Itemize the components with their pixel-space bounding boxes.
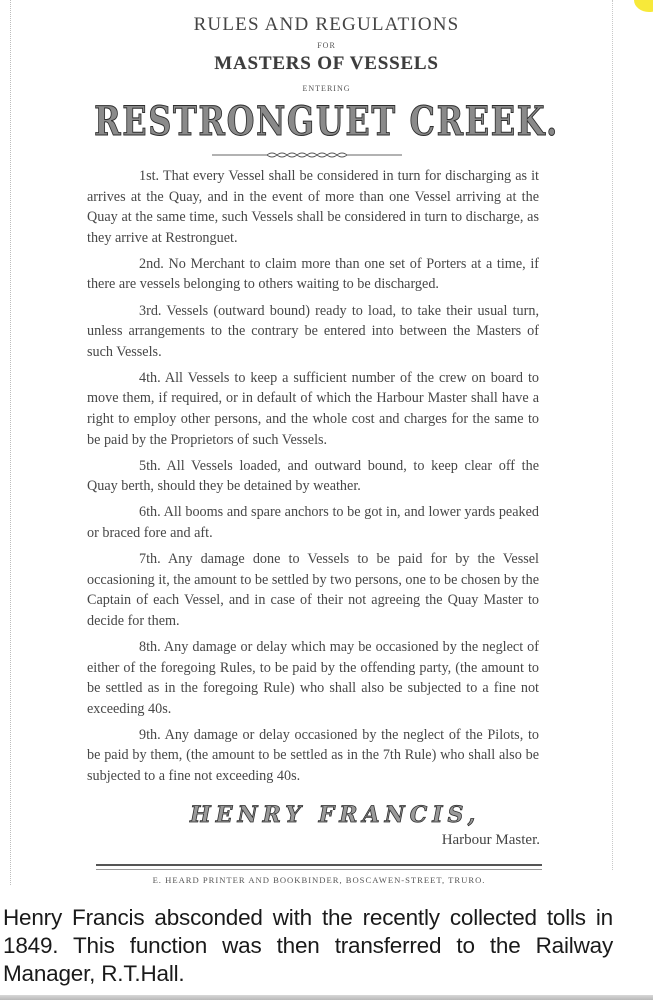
printer-divider xyxy=(96,864,542,870)
ornament-divider-icon xyxy=(212,150,402,160)
heading-restronguet-creek: RESTRONGUET CREEK. xyxy=(65,98,587,145)
page-right-edge xyxy=(612,0,614,870)
rule-5: 5th. All Vessels loaded, and outward bou… xyxy=(87,456,539,497)
rule-2: 2nd. No Merchant to claim more than one … xyxy=(87,254,539,295)
rule-8: 8th. Any damage or delay which may be oc… xyxy=(87,637,539,719)
rule-7: 7th. Any damage done to Vessels to be pa… xyxy=(87,549,539,631)
bottom-edge-shadow xyxy=(0,995,653,1000)
signature-title: Harbour Master. xyxy=(380,832,540,849)
rule-6: 6th. All booms and spare anchors to be g… xyxy=(87,502,539,543)
page-left-edge xyxy=(10,0,12,885)
rule-4: 4th. All Vessels to keep a sufficient nu… xyxy=(87,368,539,450)
heading-masters-of-vessels: MASTERS OF VESSELS xyxy=(0,53,653,75)
printer-imprint: E. HEARD PRINTER AND BOOKBINDER, BOSCAWE… xyxy=(96,875,542,885)
rule-9: 9th. Any damage or delay occasioned by t… xyxy=(87,725,539,787)
signature-name: HENRY FRANCIS, xyxy=(190,802,550,828)
yellow-sticker xyxy=(634,0,653,12)
caption-text: Henry Francis absconded with the recentl… xyxy=(3,904,613,988)
heading-rules-and-regulations: RULES AND REGULATIONS xyxy=(0,14,653,36)
rule-1: 1st. That every Vessel shall be consider… xyxy=(87,166,539,248)
rules-list: 1st. That every Vessel shall be consider… xyxy=(87,166,539,792)
heading-entering: ENTERING xyxy=(0,84,653,93)
heading-for: FOR xyxy=(0,41,653,50)
rule-3: 3rd. Vessels (outward bound) ready to lo… xyxy=(87,301,539,363)
